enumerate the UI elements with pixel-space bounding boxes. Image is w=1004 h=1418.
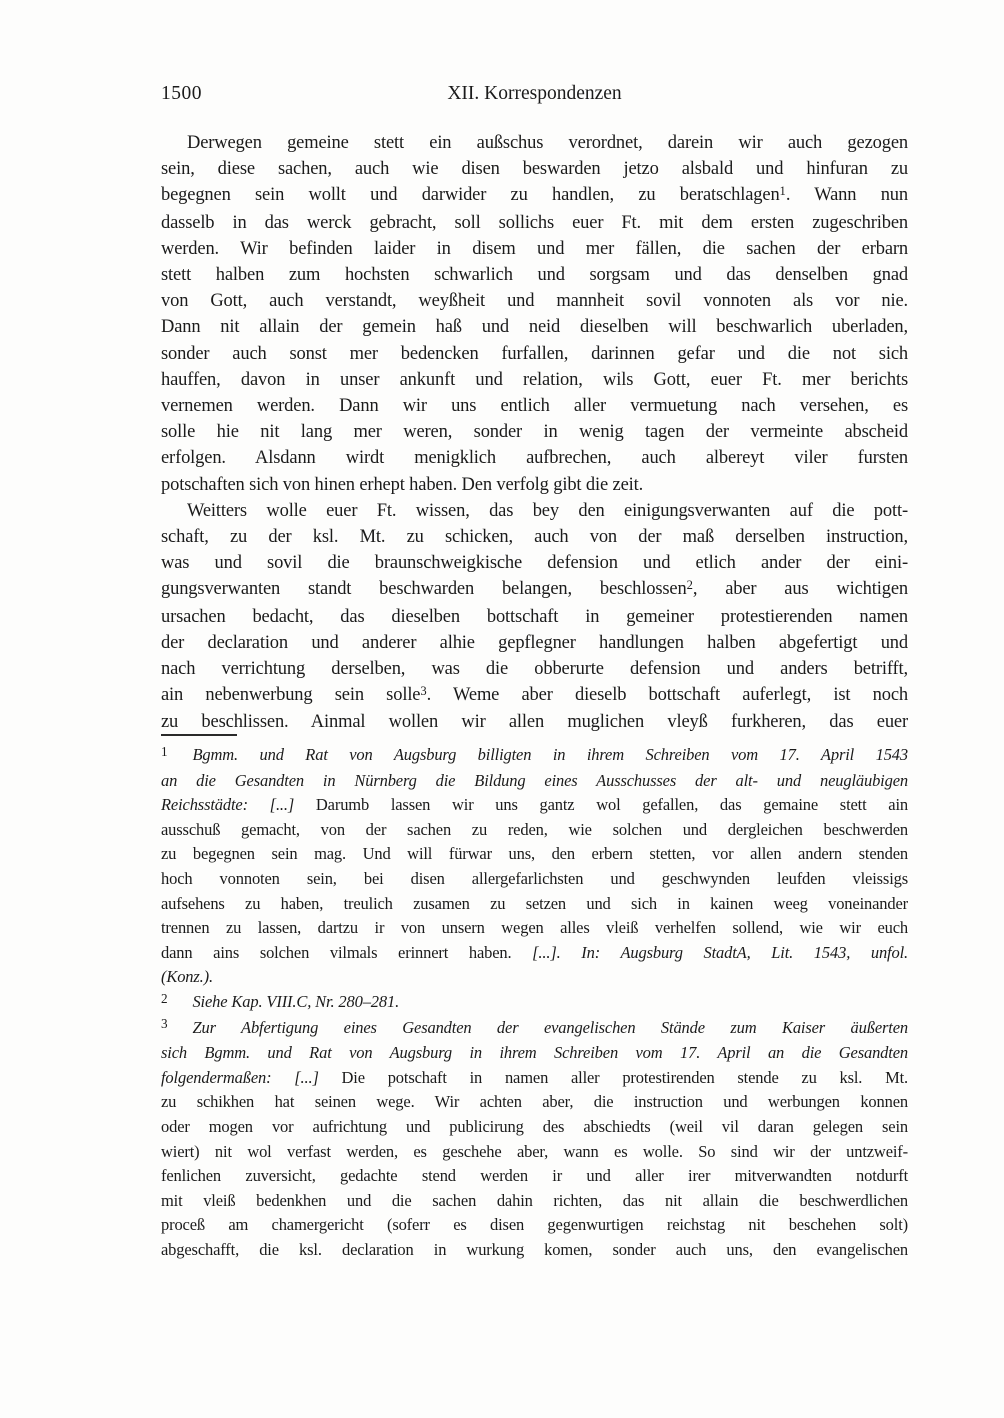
- text-segment: dann ains solchen vilmals erinnert haben…: [161, 943, 532, 962]
- footnote-marker: 2: [161, 991, 167, 1006]
- text-segment: abgeschafft, die ksl. declaration in wur…: [161, 1240, 908, 1259]
- text-segment: nach verrichtung derselben, was die obbe…: [161, 659, 908, 679]
- text-segment: fenlichen zuversicht, gedachte stend wer…: [161, 1166, 908, 1185]
- text-segment: zu begegnen sein mag. Und will fürwar un…: [161, 844, 908, 863]
- text-line: ain nebenwerbung sein solle3. Weme aber …: [161, 682, 908, 709]
- text-line: begegnen sein wollt und darwider zu hand…: [161, 182, 908, 209]
- text-line: solle hie nit lang mer weren, sonder in …: [161, 419, 908, 445]
- text-segment: (Konz.).: [161, 967, 213, 986]
- footnote-marker: 3: [161, 1016, 167, 1031]
- text-line: dann ains solchen vilmals erinnert haben…: [161, 941, 908, 966]
- text-segment: zu beschlissen. Ainmal wollen wir allen …: [161, 712, 908, 732]
- footnote: 3Zur Abfertigung eines Gesandten der eva…: [161, 1016, 908, 1263]
- text-line: an die Gesandten in Nürnberg die Bildung…: [161, 769, 908, 794]
- text-line: Reichsstädte: [...] Darumb lassen wir un…: [161, 793, 908, 818]
- text-line: dasselb in das werck gebracht, soll soll…: [161, 210, 908, 236]
- text-line: ursachen bedacht, das dieselben bottscha…: [161, 604, 908, 630]
- text-segment: Derwegen gemeine stett ein außschus vero…: [187, 133, 908, 153]
- text-segment: [...]. In: Augsburg StadtA, Lit. 1543, u…: [532, 943, 908, 962]
- text-segment: trennen zu lassen, dartzu ir von unsern …: [161, 918, 908, 937]
- text-line: zu schikhen hat seinen wege. Wir achten …: [161, 1090, 908, 1115]
- text-segment: gungsverwanten standt beschwarden belang…: [161, 579, 687, 599]
- text-segment: stett halben zum hochsten schwarlich und…: [161, 265, 908, 285]
- text-segment: erfolgen. Alsdann wirdt menigklich aufbr…: [161, 448, 908, 468]
- text-segment: der declaration und anderer alhie gepfle…: [161, 633, 908, 653]
- text-segment: Weitters wolle euer Ft. wissen, das bey …: [187, 501, 908, 521]
- text-segment: schaft, zu der ksl. Mt. zu schicken, auc…: [161, 527, 908, 547]
- text-segment: was und sovil die braunschweigkische def…: [161, 553, 908, 573]
- text-segment: oder mogen vor aufrichtung und publiciru…: [161, 1117, 908, 1136]
- footnote-separator-rule: [161, 734, 237, 736]
- text-segment: , aber aus wichtigen: [693, 579, 908, 599]
- text-line: sich Bgmm. und Rat von Augsburg in ihrem…: [161, 1041, 908, 1066]
- text-segment: Dann nit allain der gemein haß und neid …: [161, 317, 908, 337]
- text-line: Dann nit allain der gemein haß und neid …: [161, 314, 908, 340]
- footnote-marker: 1: [161, 744, 167, 759]
- text-segment: ursachen bedacht, das dieselben bottscha…: [161, 607, 908, 627]
- text-segment: . Weme aber dieselb bottschaft auferlegt…: [427, 685, 908, 705]
- text-segment: Bgmm. und Rat von Augsburg billigten in …: [192, 745, 908, 764]
- footnote-reference: 2: [687, 578, 693, 592]
- text-segment: Zur Abfertigung eines Gesandten der evan…: [192, 1018, 908, 1037]
- text-line: 1Bgmm. und Rat von Augsburg billigten in…: [161, 743, 908, 769]
- text-segment: aufsehens zu haben, treulich zusamen zu …: [161, 894, 908, 913]
- text-segment: von Gott, auch verstandt, weyßheit und m…: [161, 291, 908, 311]
- text-segment: an die Gesandten in Nürnberg die Bildung…: [161, 771, 908, 790]
- text-segment: ausschuß gemacht, von der sachen zu rede…: [161, 820, 908, 839]
- footnote-reference: 3: [420, 684, 426, 698]
- text-line: von Gott, auch verstandt, weyßheit und m…: [161, 288, 908, 314]
- paragraph: Weitters wolle euer Ft. wissen, das bey …: [161, 498, 908, 736]
- text-segment: proceß am chamergericht (soferr es disen…: [161, 1215, 908, 1234]
- text-segment: mit vleiß bedenkhen und die sachen dahin…: [161, 1191, 908, 1210]
- text-segment: werden. Wir befinden laider in disem und…: [161, 239, 908, 259]
- text-segment: hoch vonnoten sein, bei disen allergefar…: [161, 869, 908, 888]
- text-line: sonder auch sonst mer bedencken furfalle…: [161, 341, 908, 367]
- text-segment: solle hie nit lang mer weren, sonder in …: [161, 422, 908, 442]
- text-segment: potschaften sich von hinen erhept haben.…: [161, 475, 643, 495]
- footnote: 2Siehe Kap. VIII.C, Nr. 280–281.: [161, 990, 908, 1016]
- paragraph: Derwegen gemeine stett ein außschus vero…: [161, 130, 908, 498]
- text-line: hoch vonnoten sein, bei disen allergefar…: [161, 867, 908, 892]
- text-line: Weitters wolle euer Ft. wissen, das bey …: [161, 498, 908, 524]
- text-line: hauffen, davon in unser ankunft und rela…: [161, 367, 908, 393]
- text-segment: Die potschaft in namen aller protestiren…: [342, 1068, 908, 1087]
- text-line: (Konz.).: [161, 965, 908, 990]
- text-line: der declaration und anderer alhie gepfle…: [161, 630, 908, 656]
- text-line: zu begegnen sein mag. Und will fürwar un…: [161, 842, 908, 867]
- running-header: XII. Korrespondenzen: [161, 82, 908, 106]
- footnote: 1Bgmm. und Rat von Augsburg billigten in…: [161, 743, 908, 990]
- footnotes-section: 1Bgmm. und Rat von Augsburg billigten in…: [161, 734, 908, 1262]
- text-segment: sein, diese sachen, auch wie disen beswa…: [161, 159, 908, 179]
- text-line: gungsverwanten standt beschwarden belang…: [161, 576, 908, 603]
- text-line: 2Siehe Kap. VIII.C, Nr. 280–281.: [161, 990, 908, 1016]
- text-line: aufsehens zu haben, treulich zusamen zu …: [161, 892, 908, 917]
- text-line: 3Zur Abfertigung eines Gesandten der eva…: [161, 1016, 908, 1042]
- text-segment: wiert) nit wol verfast werden, es gesche…: [161, 1142, 908, 1161]
- text-line: ausschuß gemacht, von der sachen zu rede…: [161, 818, 908, 843]
- text-line: sein, diese sachen, auch wie disen beswa…: [161, 156, 908, 182]
- text-segment: Reichsstädte: [...]: [161, 795, 316, 814]
- text-line: wiert) nit wol verfast werden, es gesche…: [161, 1140, 908, 1165]
- text-line: potschaften sich von hinen erhept haben.…: [161, 472, 908, 498]
- text-line: mit vleiß bedenkhen und die sachen dahin…: [161, 1189, 908, 1214]
- text-line: abgeschafft, die ksl. declaration in wur…: [161, 1238, 908, 1263]
- text-segment: hauffen, davon in unser ankunft und rela…: [161, 370, 908, 390]
- text-segment: Darumb lassen wir uns gantz wol gefallen…: [316, 795, 908, 814]
- text-line: proceß am chamergericht (soferr es disen…: [161, 1213, 908, 1238]
- text-line: schaft, zu der ksl. Mt. zu schicken, auc…: [161, 524, 908, 550]
- text-segment: ain nebenwerbung sein solle: [161, 685, 420, 705]
- text-line: folgendermaßen: [...] Die potschaft in n…: [161, 1066, 908, 1091]
- text-line: fenlichen zuversicht, gedachte stend wer…: [161, 1164, 908, 1189]
- text-line: was und sovil die braunschweigkische def…: [161, 550, 908, 576]
- text-segment: sonder auch sonst mer bedencken furfalle…: [161, 344, 908, 364]
- text-segment: Siehe Kap. VIII.C, Nr. 280–281.: [192, 992, 399, 1011]
- text-segment: zu schikhen hat seinen wege. Wir achten …: [161, 1092, 908, 1111]
- text-line: erfolgen. Alsdann wirdt menigklich aufbr…: [161, 445, 908, 471]
- text-line: Derwegen gemeine stett ein außschus vero…: [161, 130, 908, 156]
- text-segment: folgendermaßen: [...]: [161, 1068, 342, 1087]
- text-segment: . Wann nun: [786, 185, 908, 205]
- footnote-reference: 1: [780, 184, 786, 198]
- text-line: nach verrichtung derselben, was die obbe…: [161, 656, 908, 682]
- text-line: oder mogen vor aufrichtung und publiciru…: [161, 1115, 908, 1140]
- main-text: Derwegen gemeine stett ein außschus vero…: [161, 130, 908, 736]
- text-line: werden. Wir befinden laider in disem und…: [161, 236, 908, 262]
- text-line: stett halben zum hochsten schwarlich und…: [161, 262, 908, 288]
- text-segment: sich Bgmm. und Rat von Augsburg in ihrem…: [161, 1043, 908, 1062]
- text-segment: vernemen werden. Dann wir uns entlich al…: [161, 396, 908, 416]
- text-segment: dasselb in das werck gebracht, soll soll…: [161, 213, 908, 233]
- text-line: vernemen werden. Dann wir uns entlich al…: [161, 393, 908, 419]
- text-line: zu beschlissen. Ainmal wollen wir allen …: [161, 709, 908, 735]
- text-segment: begegnen sein wollt und darwider zu hand…: [161, 185, 780, 205]
- text-line: trennen zu lassen, dartzu ir von unsern …: [161, 916, 908, 941]
- book-page: 1500 XII. Korrespondenzen Derwegen gemei…: [0, 0, 1004, 1418]
